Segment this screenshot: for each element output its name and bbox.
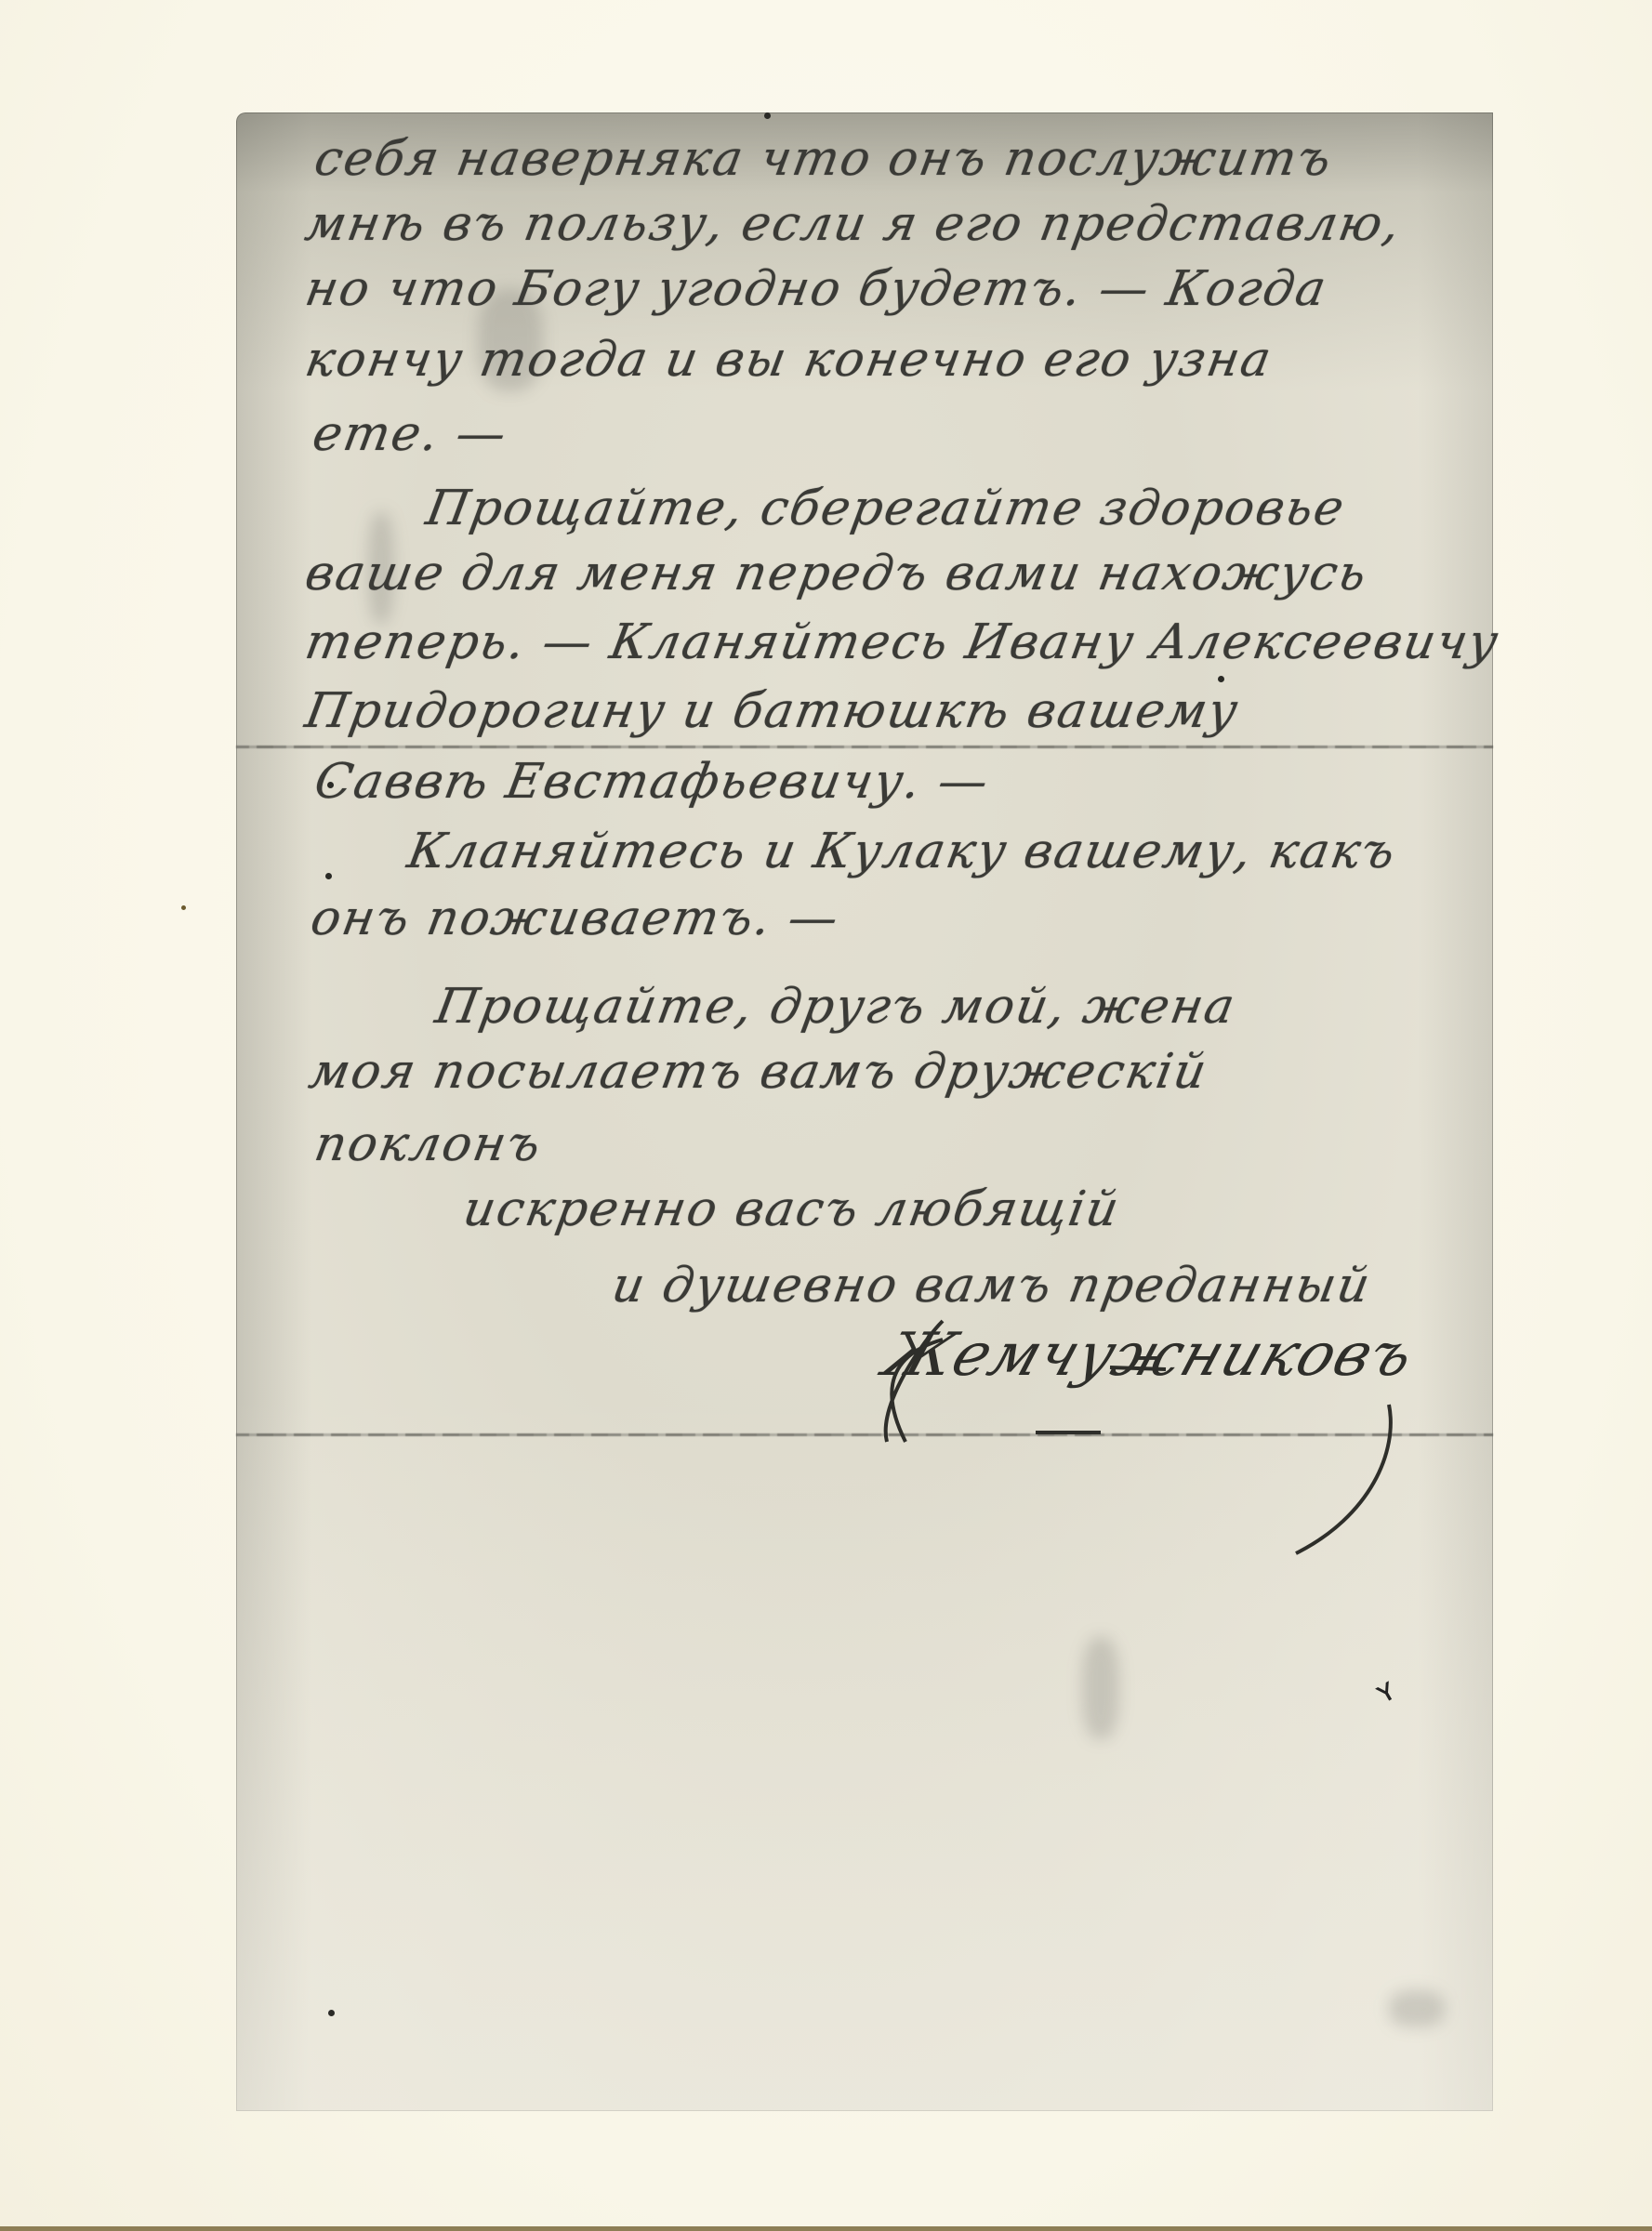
letter-line: Прощайте, другъ мой, жена bbox=[431, 979, 1240, 1035]
letter-line: Саввѣ Евстафьевичу. — bbox=[311, 754, 994, 810]
fold-line-upper bbox=[236, 746, 1493, 748]
letter-line: но что Богу угодно будетъ. — Когда bbox=[301, 261, 1331, 317]
signature-flourish bbox=[236, 1302, 1493, 1749]
ink-dot bbox=[764, 112, 771, 119]
ink-dot bbox=[328, 2010, 335, 2016]
letter-sheet: ʏ себя наверняка что онъ послужитъ мнѣ в… bbox=[236, 112, 1493, 2111]
letter-line: ете. — bbox=[309, 406, 512, 462]
letter-line: Придорогину и батюшкѣ вашему bbox=[301, 683, 1243, 739]
letter-line: поклонъ bbox=[311, 1116, 547, 1172]
letter-line: Кланяйтесь и Кулаку вашему, какъ bbox=[403, 824, 1401, 879]
letter-line: моя посылаетъ вамъ дружескій bbox=[305, 1044, 1212, 1100]
mount-speck bbox=[181, 905, 186, 910]
letter-line: мнѣ въ пользу, если я его представлю, bbox=[301, 196, 1406, 252]
ink-dot bbox=[325, 873, 332, 879]
letter-line: себя наверняка что онъ послужитъ bbox=[311, 131, 1337, 187]
letter-line: ваше для меня передъ вами нахожусь bbox=[301, 546, 1372, 601]
ink-smudge bbox=[1389, 1990, 1445, 2027]
ink-dot bbox=[1218, 676, 1224, 682]
letter-line: Прощайте, сберегайте здоровье bbox=[422, 481, 1350, 536]
letter-line: кончу тогда и вы конечно его узна bbox=[301, 332, 1276, 388]
closing-line: искренно васъ любящій bbox=[459, 1182, 1124, 1237]
letter-line: теперь. — Кланяйтесь Ивану Алексеевичу bbox=[301, 614, 1504, 670]
letter-line: онъ поживаетъ. — bbox=[307, 891, 844, 946]
